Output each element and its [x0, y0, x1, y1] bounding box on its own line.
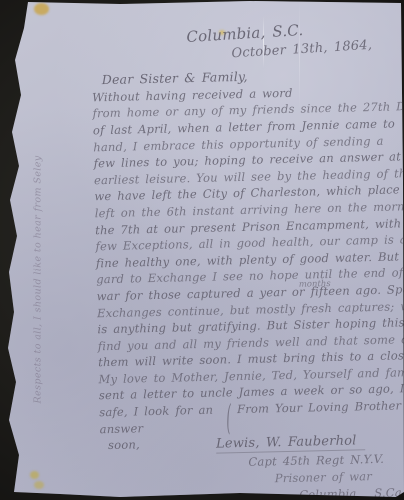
- signature-name: Lewis, W. Fauberhol: [216, 433, 365, 454]
- margin-note-vertical: Respects to all, I should like to hear f…: [33, 64, 44, 404]
- closing-left-line: safe, I look for an answer: [99, 402, 217, 438]
- letter-paper: Respects to all, I should like to hear f…: [0, 0, 404, 500]
- valediction: From Your Loving Brother: [237, 397, 402, 417]
- scanned-letter-page: Respects to all, I should like to hear f…: [0, 0, 404, 500]
- letter-heading: Columbia, S.C. October 13th, 1864,: [78, 17, 394, 72]
- inserted-word-months: months: [299, 276, 331, 293]
- letter-body: Columbia, S.C. October 13th, 1864, Dear …: [79, 22, 404, 500]
- paper-stain-bottom-left-1: [30, 471, 39, 479]
- signature-place: Columbia S.Ca.: [299, 484, 403, 500]
- paper-stain-top-left: [34, 3, 49, 15]
- paper-stain-bottom-left-2: [34, 481, 44, 489]
